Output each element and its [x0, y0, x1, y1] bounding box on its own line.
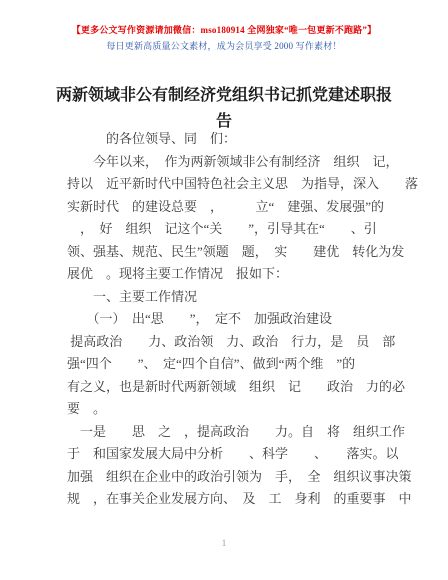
body-line: 加强 组织在企业中的政治引领为 手， 全 组织议事决策 [67, 466, 422, 489]
body-line: 领、强基、规范、民生”领题 题， 实 建优 转化为发 [67, 241, 422, 264]
body-line: 一、主要工作情况 [67, 286, 422, 309]
document-page: 【更多公文写作资源请加微信：mso180914 全网独家“唯一包更新不跑路”】 … [0, 0, 448, 580]
body-line: ， 好 组织 记这个“关 ”，引导其在“ 、引 [67, 218, 422, 241]
document-body: 的各位领导、同 们： 今年以来， 作为两新领域非公有制经济 组织 记，持以 近平… [67, 128, 422, 511]
header-ad-line-blue: 每日更新高质量公文素材，成为会员享受 2000 写作素材！ [0, 39, 448, 52]
body-line: 要 。 [67, 398, 422, 421]
body-line: 实新时代 的建设总要 ， 立“ 建强、发展强”的 [67, 196, 422, 219]
body-line: 今年以来， 作为两新领域非公有制经济 组织 记， [67, 151, 422, 174]
body-line: 规 ，在事关企业发展方向、 及 工 身利 的重要事 中 [67, 488, 422, 511]
body-line: 的各位领导、同 们： [67, 128, 422, 151]
page-number: 1 [0, 538, 448, 548]
body-line: 展优 。现将主要工作情况 报如下： [67, 263, 422, 286]
body-line: 于 和国家发展大局中分析 、科学 、 落实。以 [67, 443, 422, 466]
body-line: 一是 思 之 ，提高政治 力。自 将 组织工作 [67, 421, 422, 444]
body-line: （一） 出“思 ”， 定不 加强政治建设 [67, 308, 422, 331]
body-line: 强“四个 ”、 定“四个自信”、做到“两个维 ”的 [67, 353, 422, 376]
body-line: 有之义，也是新时代两新领域 组织 记 政治 力的必 [67, 376, 422, 399]
body-line: 持以 近平新时代中国特色社会主义思 为指导，深入 落 [67, 173, 422, 196]
body-line: 提高政治 力、政治领 力、政治 行力，是 员 部 [67, 331, 422, 354]
header-ad-line-red: 【更多公文写作资源请加微信：mso180914 全网独家“唯一包更新不跑路”】 [0, 23, 448, 36]
